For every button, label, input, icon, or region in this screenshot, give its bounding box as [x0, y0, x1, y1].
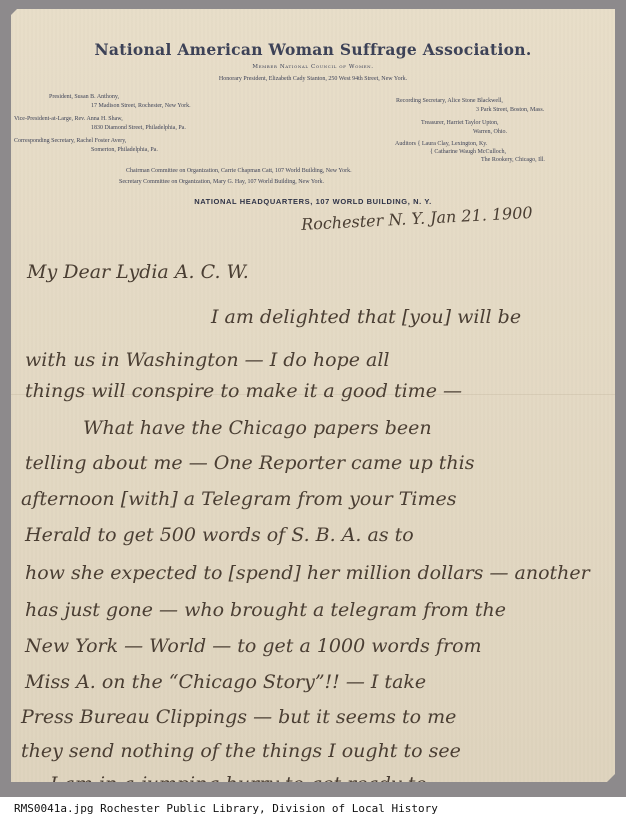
salutation: My Dear Lydia A. C. W. [27, 261, 249, 283]
secretary-committee: Secretary Committee on Organization, Mar… [119, 179, 324, 185]
officer-vice-president-address: 1830 Diamond Street, Philadelphia, Pa. [91, 125, 186, 131]
letter-line: telling about me — One Reporter came up … [25, 452, 474, 474]
image-caption: RMS0041a.jpg Rochester Public Library, D… [14, 802, 438, 815]
officer-treasurer-address: Warren, Ohio. [473, 129, 507, 135]
chairman-committee: Chairman Committee on Organization, Carr… [126, 168, 352, 174]
officer-corresponding-secretary: Corresponding Secretary, Rachel Foster A… [14, 138, 126, 144]
dateline: Rochester N. Y. Jan 21. 1900 [301, 203, 533, 234]
honorary-president: Honorary President, Elizabeth Cady Stant… [11, 76, 615, 82]
officer-auditor-2: { Catharine Waugh McCulloch, [430, 149, 506, 155]
officer-treasurer: Treasurer, Harriet Taylor Upton, [421, 120, 499, 126]
officer-auditor-2-address: The Rookery, Chicago, Ill. [481, 157, 545, 163]
letter-line: Press Bureau Clippings — but it seems to… [21, 706, 456, 728]
officer-vice-president: Vice-President-at-Large, Rev. Anna H. Sh… [14, 116, 123, 122]
letter-line: I am delighted that [you] will be [211, 306, 521, 328]
letter-line: how she expected to [spend] her million … [25, 562, 590, 584]
officer-recording-secretary-address: 3 Park Street, Boston, Mass. [476, 107, 544, 113]
officer-president: President, Susan B. Anthony, [49, 94, 119, 100]
officer-president-address: 17 Madison Street, Rochester, New York. [91, 103, 191, 109]
letter-line: afternoon [with] a Telegram from your Ti… [21, 488, 456, 510]
letter-line: What have the Chicago papers been [83, 417, 432, 439]
letter-line: New York — World — to get a 1000 words f… [25, 635, 482, 657]
letter-line: they send nothing of the things I ought … [21, 740, 461, 762]
letter-line: with us in Washington — I do hope all [25, 349, 389, 371]
letterhead-title: National American Woman Suffrage Associa… [11, 40, 615, 59]
officer-corresponding-secretary-address: Somerton, Philadelphia, Pa. [91, 147, 158, 153]
letterhead-subtitle: Member National Council of Women. [11, 64, 615, 70]
officer-auditors: Auditors { Laura Clay, Lexington, Ky. [395, 141, 487, 147]
letter-line: has just gone — who brought a telegram f… [25, 599, 506, 621]
letter-line: Herald to get 500 words of S. B. A. as t… [25, 524, 414, 546]
letter-line: Miss A. on the “Chicago Story”!! — I tak… [25, 671, 426, 693]
officer-recording-secretary: Recording Secretary, Alice Stone Blackwe… [396, 98, 503, 104]
letter-line: things will conspire to make it a good t… [25, 380, 462, 402]
letter-page: National American Woman Suffrage Associa… [11, 9, 615, 782]
